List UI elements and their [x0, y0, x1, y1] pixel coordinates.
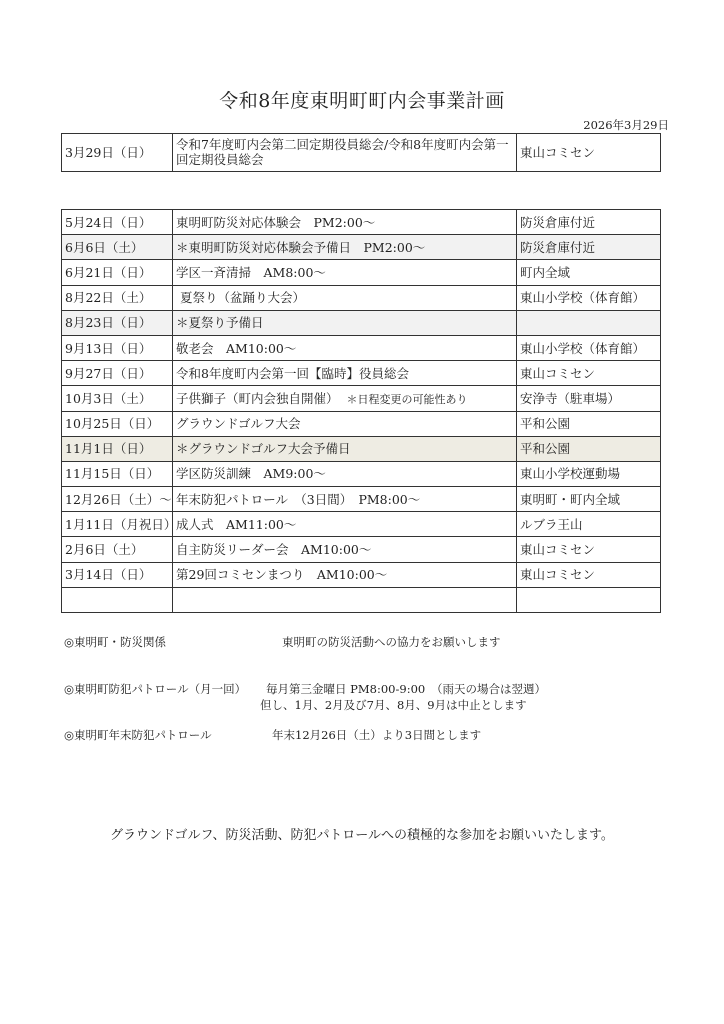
place-cell: 防災倉庫付近	[517, 210, 661, 235]
event-text: 学区防災訓練 AM9:00～	[176, 466, 326, 481]
event-text: ＊夏祭り予備日	[176, 315, 264, 330]
table-row: 6月6日（土）＊東明町防災対応体験会予備日 PM2:00～防災倉庫付近	[62, 235, 661, 260]
event-text: 成人式 AM11:00～	[176, 517, 296, 532]
event-text: 令和8年度町内会第一回【臨時】役員総会	[176, 366, 409, 381]
table-row: 6月21日（日）学区一斉清掃 AM8:00～町内全域	[62, 260, 661, 285]
event-text: 夏祭り（盆踊り大会）	[176, 290, 305, 305]
date-cell: 1月11日（月祝日）	[62, 512, 173, 537]
place-cell: 東山コミセン	[517, 562, 661, 587]
date-cell: 11月1日（日）	[62, 436, 173, 461]
event-cell: ＊夏祭り予備日	[173, 310, 517, 335]
place-cell: 東山小学校（体育館）	[517, 285, 661, 310]
date-cell	[62, 587, 173, 612]
date-cell: 10月3日（土）	[62, 386, 173, 411]
event-cell: 自主防災リーダー会 AM10:00～	[173, 537, 517, 562]
event-text: ＊グラウンドゴルフ大会予備日	[176, 441, 351, 456]
place-cell: 防災倉庫付近	[517, 235, 661, 260]
date-cell: 5月24日（日）	[62, 210, 173, 235]
table-row: 12月26日（土）～年末防犯パトロール （3日間） PM8:00～東明町・町内全…	[62, 487, 661, 512]
table-row: 10月25日（日）グラウンドゴルフ大会平和公園	[62, 411, 661, 436]
event-cell: 敬老会 AM10:00～	[173, 335, 517, 360]
date-cell: 9月27日（日）	[62, 361, 173, 386]
table-row: 8月22日（土） 夏祭り（盆踊り大会）東山小学校（体育館）	[62, 285, 661, 310]
place-cell	[517, 310, 661, 335]
date-cell: 6月21日（日）	[62, 260, 173, 285]
table-row: 11月1日（日）＊グラウンドゴルフ大会予備日平和公園	[62, 436, 661, 461]
note-text-yearend-patrol: 年末12月26日（土）より3日間とします	[272, 727, 481, 743]
event-cell: 成人式 AM11:00～	[173, 512, 517, 537]
place-cell: 東山コミセン	[517, 537, 661, 562]
document-date: 2026年3月29日	[583, 117, 669, 133]
table-row: 8月23日（日）＊夏祭り予備日	[62, 310, 661, 335]
event-text: ＊東明町防災対応体験会予備日 PM2:00～	[176, 240, 425, 255]
document-title: 令和8年度東明町町内会事業計画	[0, 86, 724, 113]
place-cell	[517, 587, 661, 612]
date-cell: 8月23日（日）	[62, 310, 173, 335]
event-note: ＊日程変更の可能性あり	[347, 393, 468, 406]
note-text-disaster: 東明町の防災活動への協力をお願いします	[282, 634, 501, 650]
date-cell: 9月13日（日）	[62, 335, 173, 360]
table-row: 11月15日（日）学区防災訓練 AM9:00～東山小学校運動場	[62, 461, 661, 486]
place-cell: 町内全域	[517, 260, 661, 285]
place-cell: 東山コミセン	[517, 361, 661, 386]
event-text: 年末防犯パトロール （3日間） PM8:00～	[176, 492, 420, 507]
note-label-patrol: ◎東明町防犯パトロール（月一回）	[64, 681, 246, 697]
event-cell: 年末防犯パトロール （3日間） PM8:00～	[173, 487, 517, 512]
event-cell: 子供獅子（町内会独自開催）＊日程変更の可能性あり	[173, 386, 517, 411]
table-row: 1月11日（月祝日）成人式 AM11:00～ルブラ王山	[62, 512, 661, 537]
place-cell: 東明町・町内全域	[517, 487, 661, 512]
event-text: 学区一斉清掃 AM8:00～	[176, 265, 326, 280]
table-row: 5月24日（日）東明町防災対応体験会 PM2:00～防災倉庫付近	[62, 210, 661, 235]
schedule-table: 5月24日（日）東明町防災対応体験会 PM2:00～防災倉庫付近6月6日（土）＊…	[61, 209, 661, 613]
event-cell: 令和8年度町内会第一回【臨時】役員総会	[173, 361, 517, 386]
table-row: 2月6日（土）自主防災リーダー会 AM10:00～東山コミセン	[62, 537, 661, 562]
place-cell: 安浄寺（駐車場）	[517, 386, 661, 411]
date-cell: 12月26日（土）～	[62, 487, 173, 512]
place-cell: ルブラ王山	[517, 512, 661, 537]
event-cell: 第29回コミセンまつり AM10:00～	[173, 562, 517, 587]
place-cell: 平和公園	[517, 436, 661, 461]
place-cell: 東山小学校（体育館）	[517, 335, 661, 360]
event-text: 自主防災リーダー会 AM10:00～	[176, 542, 371, 557]
general-meeting-table: 3月29日（日） 令和7年度町内会第二回定期役員総会/令和8年度町内会第一回定期…	[61, 133, 661, 172]
event-cell: グラウンドゴルフ大会	[173, 411, 517, 436]
place-cell: 東山コミセン	[517, 134, 661, 172]
event-text: 子供獅子（町内会独自開催）	[176, 391, 339, 406]
event-cell: 学区防災訓練 AM9:00～	[173, 461, 517, 486]
note-label-yearend-patrol: ◎東明町年末防犯パトロール	[64, 727, 212, 743]
event-text: 敬老会 AM10:00～	[176, 341, 296, 356]
date-cell: 6月6日（土）	[62, 235, 173, 260]
event-cell: 令和7年度町内会第二回定期役員総会/令和8年度町内会第一回定期役員総会	[173, 134, 517, 172]
date-cell: 3月14日（日）	[62, 562, 173, 587]
closing-message: グラウンドゴルフ、防災活動、防犯パトロールへの積極的な参加をお願いいたします。	[0, 824, 724, 843]
date-cell: 10月25日（日）	[62, 411, 173, 436]
table-row: 10月3日（土）子供獅子（町内会独自開催）＊日程変更の可能性あり安浄寺（駐車場）	[62, 386, 661, 411]
event-text: 第29回コミセンまつり AM10:00～	[176, 567, 387, 582]
event-cell: ＊東明町防災対応体験会予備日 PM2:00～	[173, 235, 517, 260]
table-row: 3月14日（日）第29回コミセンまつり AM10:00～東山コミセン	[62, 562, 661, 587]
date-cell: 8月22日（土）	[62, 285, 173, 310]
table-row: 9月27日（日）令和8年度町内会第一回【臨時】役員総会東山コミセン	[62, 361, 661, 386]
note-text-patrol: 毎月第三金曜日 PM8:00-9:00 （雨天の場合は翌週）	[266, 681, 546, 697]
date-cell: 2月6日（土）	[62, 537, 173, 562]
date-cell: 3月29日（日）	[62, 134, 173, 172]
event-cell: ＊グラウンドゴルフ大会予備日	[173, 436, 517, 461]
note-text-patrol-exception: 但し、1月、2月及び7月、8月、9月は中止とします	[260, 697, 527, 713]
place-cell: 平和公園	[517, 411, 661, 436]
event-cell: 学区一斉清掃 AM8:00～	[173, 260, 517, 285]
date-cell: 11月15日（日）	[62, 461, 173, 486]
event-text: グラウンドゴルフ大会	[176, 416, 301, 431]
table-row	[62, 587, 661, 612]
note-label-disaster: ◎東明町・防災関係	[64, 634, 166, 650]
place-cell: 東山小学校運動場	[517, 461, 661, 486]
table-row: 3月29日（日） 令和7年度町内会第二回定期役員総会/令和8年度町内会第一回定期…	[62, 134, 661, 172]
event-cell	[173, 587, 517, 612]
event-text: 東明町防災対応体験会 PM2:00～	[176, 215, 375, 230]
event-cell: 夏祭り（盆踊り大会）	[173, 285, 517, 310]
event-cell: 東明町防災対応体験会 PM2:00～	[173, 210, 517, 235]
table-row: 9月13日（日）敬老会 AM10:00～東山小学校（体育館）	[62, 335, 661, 360]
